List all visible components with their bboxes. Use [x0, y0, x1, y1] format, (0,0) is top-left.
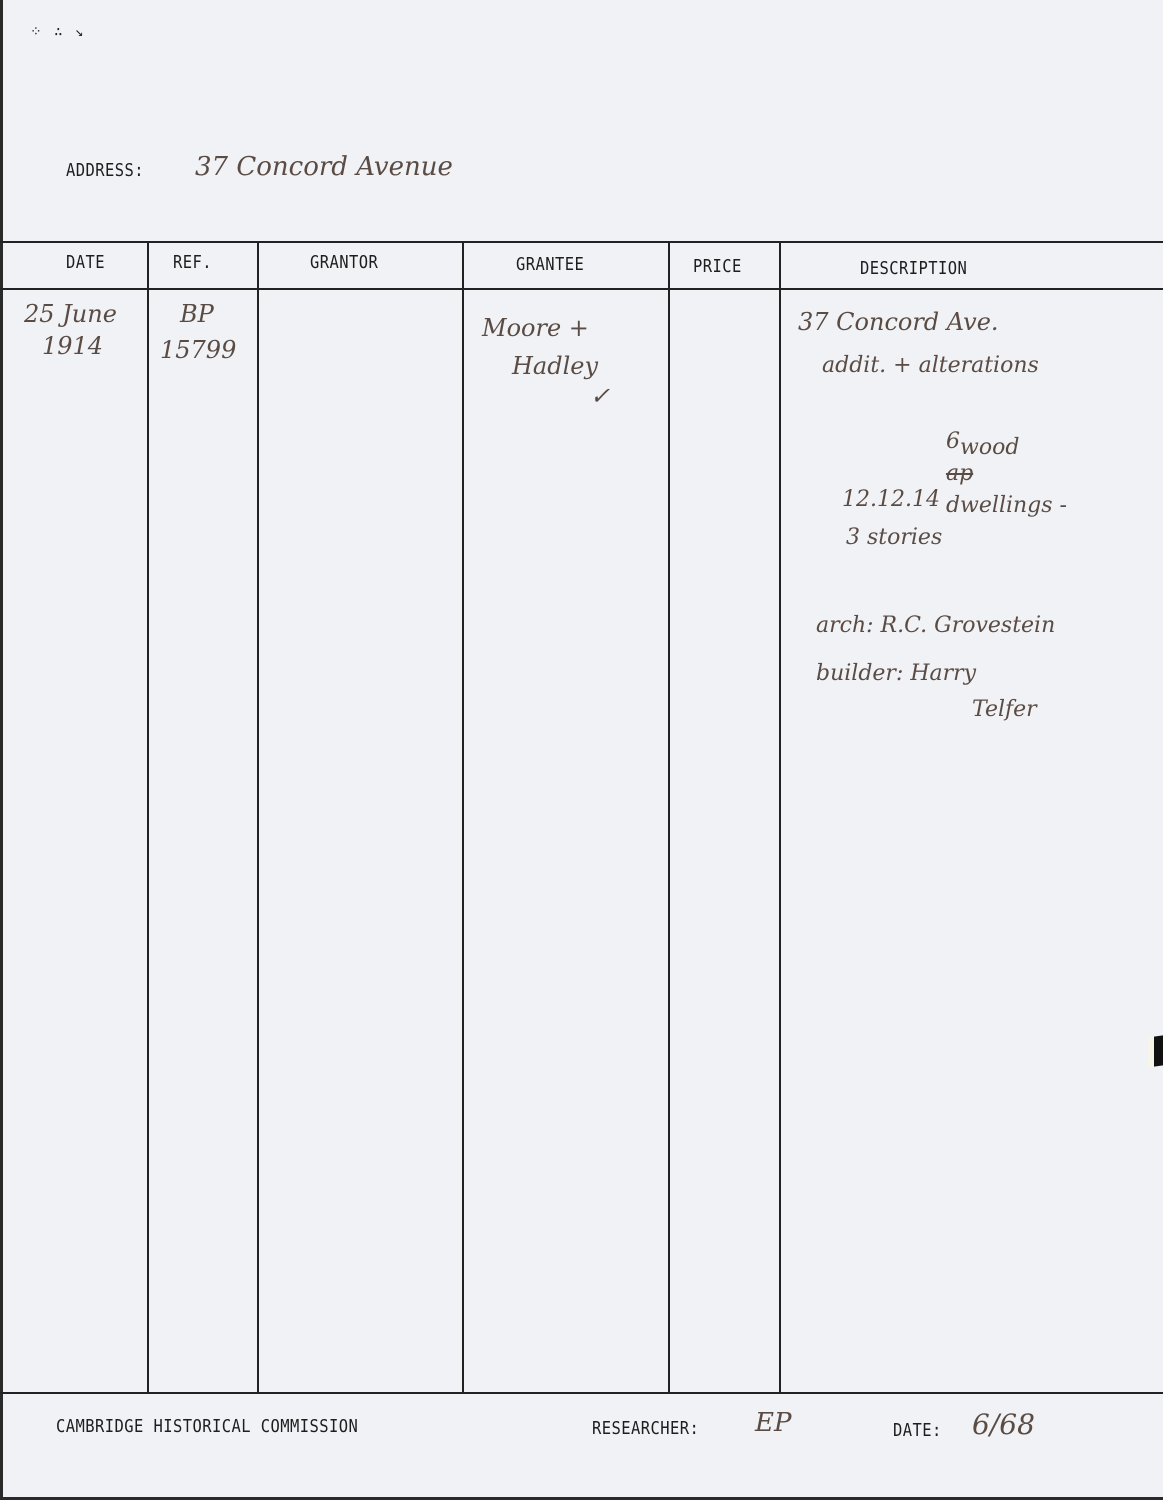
- table-bottom-border: [0, 1392, 1163, 1394]
- column-header-description: DESCRIPTION: [860, 258, 967, 279]
- description-line-1: 37 Concord Ave.: [798, 306, 999, 338]
- description-line-8: builder: Harry: [816, 658, 976, 690]
- column-header-price: PRICE: [693, 256, 742, 277]
- entry-grantee-line2: Hadley: [512, 350, 598, 382]
- description-line-6: 3 stories: [846, 522, 942, 554]
- footer-date-value: 6/68: [972, 1408, 1035, 1441]
- entry-ref-line2: 15799: [160, 334, 236, 366]
- column-divider-2: [257, 241, 259, 1393]
- ink-specks: ⁘ ∴ ↘: [30, 24, 85, 40]
- entry-ref-line1: BP: [180, 298, 214, 330]
- column-divider-5: [779, 241, 781, 1393]
- description-line-2: addit. + alterations: [822, 350, 1039, 382]
- address-label: ADDRESS:: [66, 160, 144, 181]
- researcher-value: EP: [755, 1408, 791, 1438]
- column-header-ref: REF.: [173, 252, 212, 273]
- scan-edge-left: [0, 0, 3, 1500]
- column-header-grantor: GRANTOR: [310, 252, 378, 273]
- description-line-3-prefix: 6: [946, 429, 960, 454]
- researcher-label: RESEARCHER:: [592, 1418, 699, 1439]
- entry-date-line1: 25 June: [24, 298, 117, 330]
- footer-organization: CAMBRIDGE HISTORICAL COMMISSION: [56, 1416, 358, 1437]
- entry-grantee-line1: Moore +: [482, 312, 589, 344]
- description-line-3-struck: ap: [946, 461, 973, 486]
- header-bottom-border: [0, 288, 1163, 290]
- description-line-4: wood: [960, 432, 1019, 464]
- grantee-checkmark-icon: ✓: [590, 380, 610, 412]
- table-top-border: [0, 241, 1163, 243]
- column-header-date: DATE: [66, 252, 105, 273]
- description-line-7: arch: R.C. Grovestein: [816, 610, 1055, 642]
- description-line-5: 12.12.14: [842, 484, 940, 516]
- description-line-3-rest: dwellings -: [946, 493, 1067, 518]
- description-line-9: Telfer: [972, 694, 1037, 726]
- binder-clip-mark: [1154, 1035, 1163, 1066]
- entry-date-line2: 1914: [42, 330, 103, 362]
- column-divider-4: [668, 241, 670, 1393]
- column-divider-3: [462, 241, 464, 1393]
- footer-date-label: DATE:: [893, 1420, 942, 1441]
- address-value: 37 Concord Avenue: [195, 152, 453, 182]
- column-divider-1: [147, 241, 149, 1393]
- column-header-grantee: GRANTEE: [516, 254, 584, 275]
